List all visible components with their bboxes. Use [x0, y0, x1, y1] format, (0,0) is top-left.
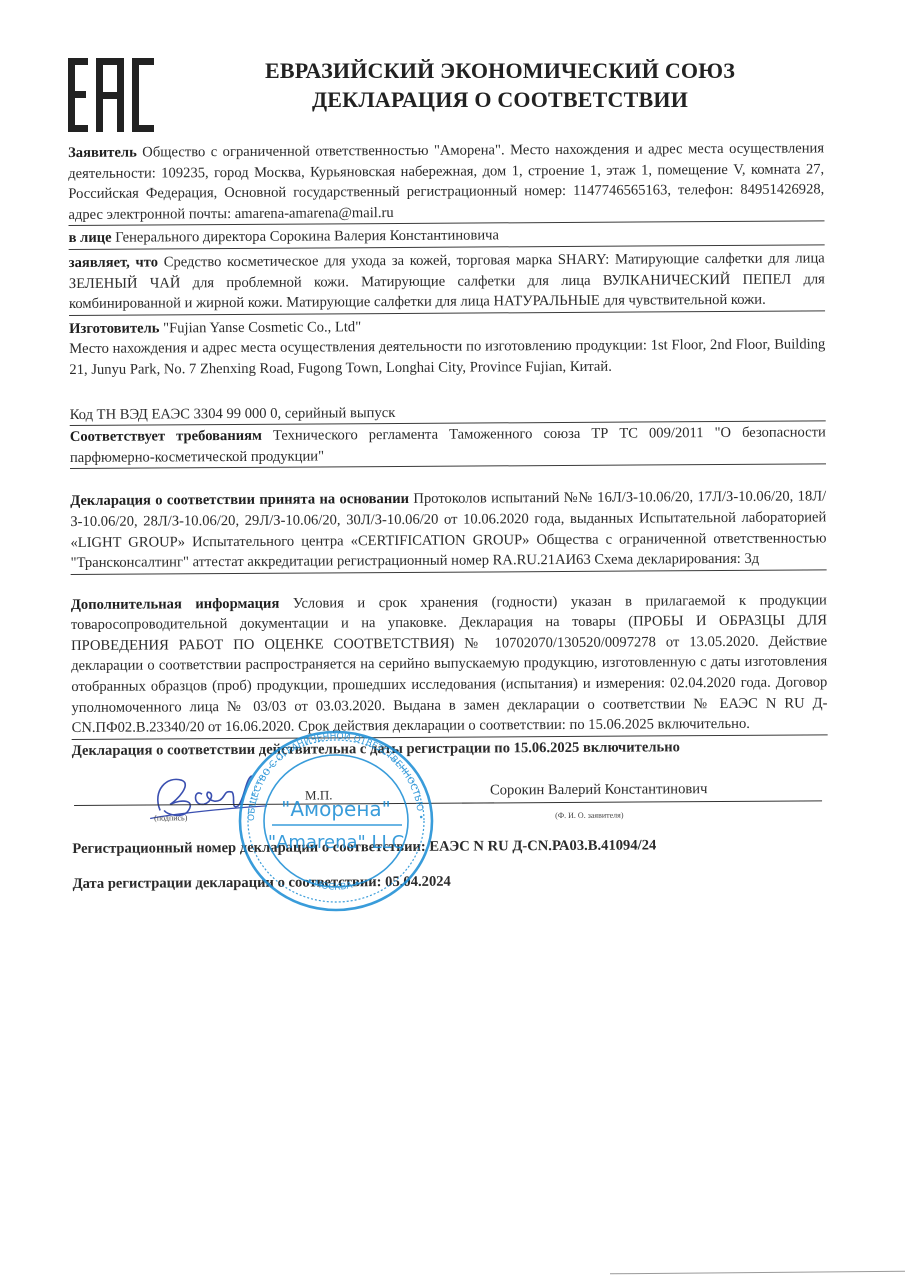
- basis-label: Декларация о соответствии принята на осн…: [70, 491, 409, 509]
- additional-info-label: Дополнительная информация: [71, 595, 280, 612]
- svg-text:• МОСКВА •: • МОСКВА •: [305, 876, 362, 893]
- union-title: ЕВРАЗИЙСКИЙ ЭКОНОМИЧЕСКИЙ СОЮЗ: [250, 56, 750, 85]
- page-edge-line: [610, 1271, 905, 1275]
- eac-logo-icon: [68, 58, 154, 132]
- applicant-text: Общество с ограниченной ответственностью…: [68, 140, 824, 222]
- requirements-section: Соответствует требованиям Технического р…: [70, 422, 826, 470]
- stamp-name-en: "Amarena" LLC: [268, 832, 404, 853]
- manufacturer-name: "Fujian Yanse Cosmetic Co., Ltd": [163, 319, 361, 336]
- name-line: [462, 801, 822, 804]
- stamp-name-ru: "Аморена": [281, 797, 391, 821]
- applicant-label: Заявитель: [68, 145, 137, 161]
- basis-section: Декларация о соответствии принята на осн…: [70, 487, 826, 575]
- additional-info-section: Дополнительная информация Условия и срок…: [71, 590, 828, 740]
- manufacturer-section: Изготовитель "Fujian Yanse Cosmetic Co.,…: [69, 311, 825, 380]
- declaration-title: ДЕКЛАРАЦИЯ О СООТВЕТСТВИИ: [250, 85, 750, 114]
- represented-by-label: в лице: [69, 230, 112, 246]
- validity-section: Декларация о соответствии действительна …: [72, 735, 828, 761]
- requirements-label: Соответствует требованиям: [70, 428, 262, 445]
- stamp-ring-bottom: • МОСКВА •: [305, 876, 362, 893]
- declares-section: заявляет, что Средство косметическое для…: [69, 245, 825, 315]
- company-seal-icon: ОБЩЕСТВО С ОГРАНИЧЕННОЙ ОТВЕТСТВЕННОСТЬЮ…: [236, 728, 436, 914]
- registration-date: Дата регистрации декларации о соответств…: [72, 869, 828, 894]
- document-header: ЕВРАЗИЙСКИЙ ЭКОНОМИЧЕСКИЙ СОЮЗ ДЕКЛАРАЦИ…: [250, 56, 750, 114]
- additional-info-text: Условия и срок хранения (годности) указа…: [71, 592, 828, 736]
- registration-number-value: ЕАЭС N RU Д-CN.РА03.В.41094/24: [429, 838, 656, 855]
- tn-ved-code: Код ТН ВЭД ЕАЭС 3304 99 000 0, серийный …: [70, 405, 396, 423]
- represented-by-text: Генерального директора Сорокина Валерия …: [115, 228, 499, 246]
- signature-area: (подпись) М.П. Сорокин Валерий Константи…: [72, 761, 828, 824]
- declares-label: заявляет, что: [69, 254, 158, 271]
- document-body: Заявитель Общество с ограниченной ответс…: [68, 135, 829, 894]
- declaration-page: ЕВРАЗИЙСКИЙ ЭКОНОМИЧЕСКИЙ СОЮЗ ДЕКЛАРАЦИ…: [0, 0, 905, 1280]
- manufacturer-label: Изготовитель: [69, 320, 159, 337]
- declares-text: Средство косметическое для ухода за коже…: [69, 250, 825, 312]
- applicant-section: Заявитель Общество с ограниченной ответс…: [68, 138, 824, 226]
- signer-name: Сорокин Валерий Константинович: [490, 780, 708, 802]
- signer-caption: (Ф. И. О. заявителя): [555, 806, 623, 827]
- signature-caption: (подпись): [154, 809, 187, 830]
- registration-number: Регистрационный номер декларации о соотв…: [72, 835, 828, 860]
- manufacturer-address: Место нахождения и адрес места осуществл…: [69, 337, 825, 378]
